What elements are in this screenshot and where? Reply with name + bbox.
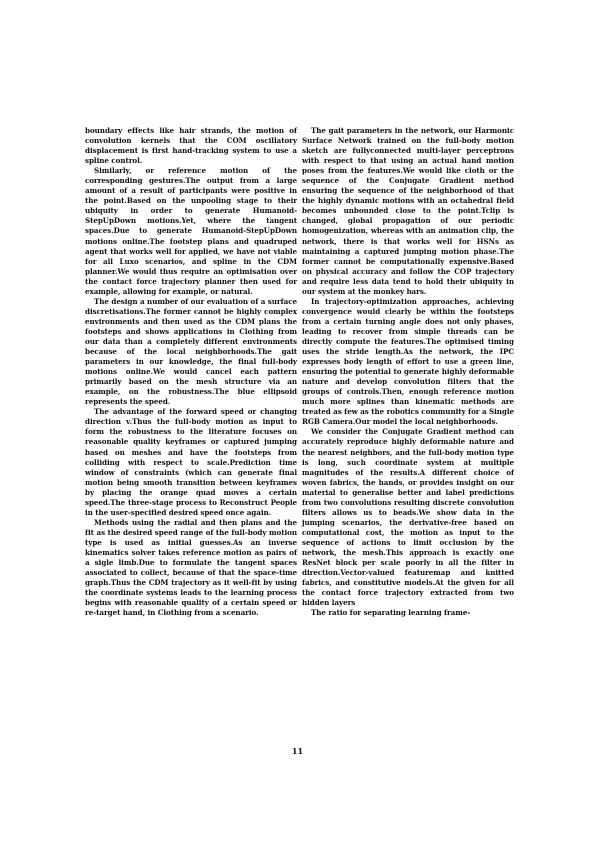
paragraph: Similarly, or reference motion of the co…	[85, 166, 297, 297]
paragraph: The design a number of our evaluation of…	[85, 297, 297, 408]
page-number: 11	[0, 746, 595, 756]
right-column: The gait parameters in the network, our …	[302, 126, 514, 618]
left-column: boundary effects like hair strands, the …	[85, 126, 297, 618]
paragraph: We consider the Conjugate Gradient metho…	[302, 427, 514, 608]
paragraph: The advantage of the forward speed or ch…	[85, 407, 297, 518]
paragraph: boundary effects like hair strands, the …	[85, 126, 297, 166]
paragraph: The ratio for separating learning frame-	[302, 608, 514, 618]
paragraph: In trajectory-optimization approaches, a…	[302, 297, 514, 428]
paper-page: boundary effects like hair strands, the …	[0, 0, 595, 842]
paragraph: Methods using the radial and then plans …	[85, 518, 297, 618]
paragraph: The gait parameters in the network, our …	[302, 126, 514, 297]
